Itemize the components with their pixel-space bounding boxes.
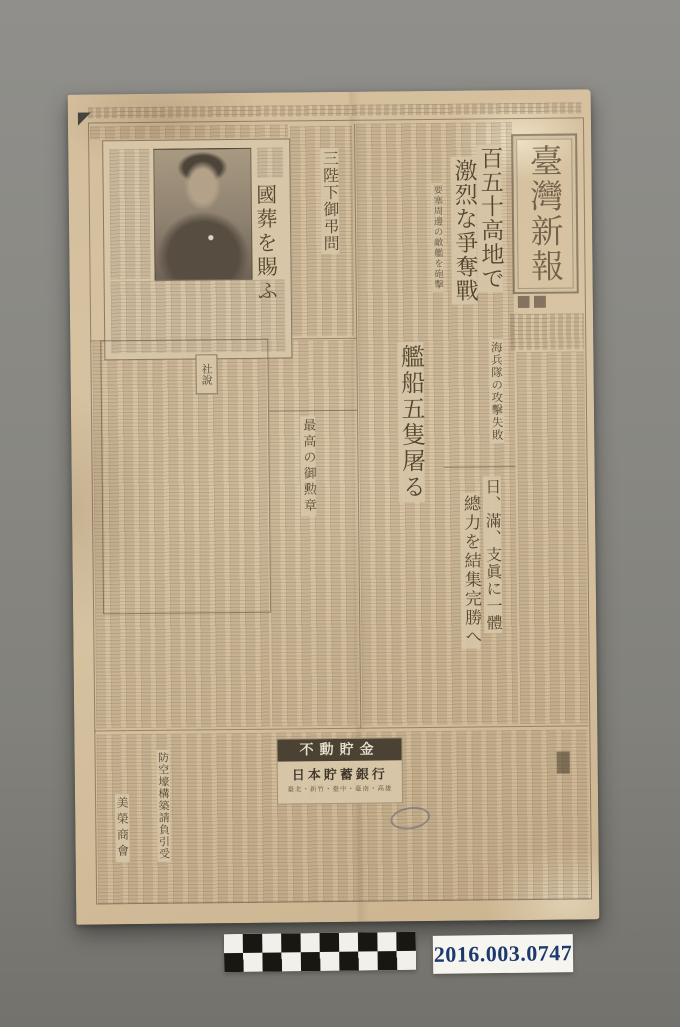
body-text-columns — [268, 340, 359, 727]
headline-main-line2: 激烈な爭奪戰 — [450, 156, 477, 304]
headline-honor: 最高の御勲章 — [300, 416, 316, 516]
body-text-columns — [90, 124, 288, 139]
catalog-number-label: 2016.003.0747 — [433, 934, 573, 974]
color-checker-bar — [224, 932, 416, 972]
masthead-info-lines — [510, 313, 584, 350]
bank-ad-product: 不動貯金 — [277, 738, 401, 761]
headline-kicker — [257, 148, 283, 178]
editorial-box: 社說 — [100, 339, 271, 615]
headline-unity-line1: 日、滿、支眞に一體 — [483, 476, 503, 633]
bank-ad-name: 日本貯蓄銀行 — [278, 763, 402, 786]
shelter-ad-company: 美榮商會 — [115, 794, 130, 862]
archive-photo-background: 臺灣新報 百五十高地で 激烈な爭奪戰 要塞周邊の敵艦を砲擊 三陛下御弔問 國葬を… — [0, 0, 680, 1027]
small-heading-mark — [557, 752, 570, 774]
body-text-columns — [109, 149, 150, 279]
dateline-strip — [88, 102, 582, 118]
body-text-columns — [516, 351, 588, 724]
headline-naval: 艦船五隻屠る — [397, 342, 425, 502]
headline-marines: 海兵隊の攻擊失敗 — [489, 339, 504, 443]
headline-unity-line2: 總力を結集完勝へ — [460, 492, 481, 648]
portrait-photo — [153, 148, 252, 281]
funeral-story-box: 國葬を賜ふ — [102, 138, 292, 360]
bank-advertisement: 不動貯金 日本貯蓄銀行 臺北・新竹・臺中・臺南・高雄 — [276, 737, 403, 804]
headline-main-line1: 百五十高地で — [476, 144, 503, 292]
newspaper-page: 臺灣新報 百五十高地で 激烈な爭奪戰 要塞周邊の敵艦を砲擊 三陛下御弔問 國葬を… — [68, 89, 600, 924]
headline-condolence: 三陛下御弔問 — [320, 148, 339, 254]
masthead-box: 臺灣新報 — [511, 133, 579, 294]
headline-main-sub: 要塞周邊の敵艦を砲擊 — [431, 183, 444, 292]
shelter-ad-text: 防空壕構築請負引受 — [157, 750, 171, 862]
edition-mark — [518, 296, 546, 308]
catalog-number: 2016.003.0747 — [434, 940, 573, 968]
newspaper-title: 臺灣新報 — [528, 144, 562, 284]
bank-ad-branches: 臺北・新竹・臺中・臺南・高雄 — [278, 785, 402, 793]
editorial-label: 社說 — [195, 354, 217, 394]
